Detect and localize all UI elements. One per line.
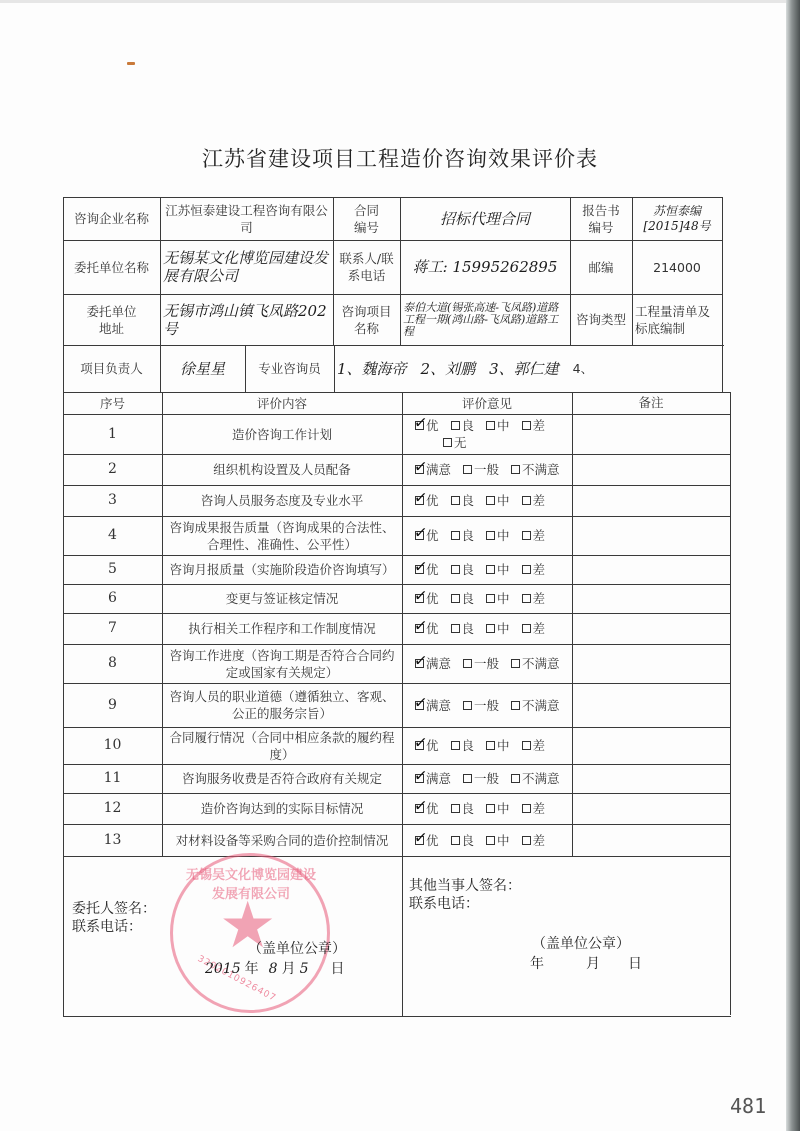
checkbox-icon xyxy=(511,465,520,474)
row-number: 10 xyxy=(63,727,162,764)
leader-label: 项目负责人 xyxy=(63,345,160,392)
row-remark xyxy=(572,613,730,644)
option-label: 一般 xyxy=(474,697,499,714)
row-opinion: 优✓良中差 xyxy=(402,613,572,644)
option-group: 优✓良中差 xyxy=(405,832,545,849)
postcode-value: 214000 xyxy=(632,240,722,294)
option-checkbox[interactable]: 差 xyxy=(522,561,546,578)
client-date-day: 5 xyxy=(300,960,309,978)
client-address-label: 委托单位地址 xyxy=(63,294,160,345)
option-checkbox[interactable]: 优✓ xyxy=(415,800,439,817)
option-label: 优 xyxy=(426,561,439,578)
other-sign-label: 其他当事人签名： xyxy=(409,877,521,895)
client-date: 2015 年 8 月 5 日 xyxy=(205,960,344,978)
checkbox-icon xyxy=(522,836,531,845)
checkbox-icon xyxy=(522,496,531,505)
row-content: 造价咨询工作计划 xyxy=(162,414,402,454)
row-content: 造价咨询达到的实际目标情况 xyxy=(162,793,402,824)
option-checkbox[interactable]: 中 xyxy=(486,590,510,607)
option-checkbox[interactable]: 满意✓ xyxy=(415,655,451,672)
option-label: 优 xyxy=(426,417,439,434)
row-remark xyxy=(572,485,730,516)
option-label: 不满意 xyxy=(522,461,560,478)
report-no-value: 苏恒泰编[2015]48号 xyxy=(632,197,722,240)
table-bottom-border xyxy=(63,1016,731,1017)
option-label: 满意 xyxy=(426,461,451,478)
option-label: 中 xyxy=(497,561,510,578)
option-checkbox[interactable]: 不满意 xyxy=(511,655,560,672)
header-content: 评价内容 xyxy=(162,392,402,414)
option-label: 不满意 xyxy=(522,655,560,672)
row-number: 9 xyxy=(63,683,162,727)
option-checkbox[interactable]: 优✓ xyxy=(415,561,439,578)
option-label: 中 xyxy=(497,800,510,817)
project-value: 泰伯大道(锡张高速-飞凤路)道路工程一期(鸿山路-飞凤路)道路工程 xyxy=(400,294,570,345)
row-content: 咨询服务收费是否符合政府有关规定 xyxy=(162,764,402,793)
consult-type-value: 工程量清单及标底编制 xyxy=(632,294,722,345)
option-label: 中 xyxy=(497,832,510,849)
option-checkbox[interactable]: 良 xyxy=(451,800,475,817)
row-remark xyxy=(572,727,730,764)
header-opinion: 评价意见 xyxy=(402,392,572,414)
row-content: 咨询人员的职业道德（遵循独立、客观、公正的服务宗旨） xyxy=(162,683,402,727)
option-checkbox[interactable]: 中 xyxy=(486,561,510,578)
option-checkbox[interactable]: 差 xyxy=(522,492,546,509)
contract-no-label: 合同编号 xyxy=(333,197,400,240)
checkbox-icon xyxy=(451,836,460,845)
option-checkbox[interactable]: 中 xyxy=(486,527,510,544)
row-remark xyxy=(572,584,730,613)
checkbox-icon xyxy=(451,624,460,633)
row-number: 5 xyxy=(63,555,162,584)
row-divider xyxy=(63,856,731,857)
row-opinion: 优✓良中差 xyxy=(402,485,572,516)
checkbox-icon xyxy=(486,531,495,540)
postcode-label: 邮编 xyxy=(570,240,632,294)
project-label: 咨询项目名称 xyxy=(333,294,400,345)
option-label: 满意 xyxy=(426,697,451,714)
row-opinion: 优✓良中差 xyxy=(402,727,572,764)
option-group: 满意✓一般不满意 xyxy=(405,697,560,714)
option-checkbox[interactable]: 良 xyxy=(451,492,475,509)
option-group: 优✓良中差 xyxy=(405,492,545,509)
option-checkbox[interactable]: 差 xyxy=(522,527,546,544)
option-label: 满意 xyxy=(426,770,451,787)
option-label: 中 xyxy=(497,590,510,607)
checkmark-icon: ✓ xyxy=(413,617,428,634)
consultants-list: 1、魏海帝 2、刘鹏 3、郭仁建 4、 xyxy=(334,345,724,392)
option-group: 满意✓一般不满意 xyxy=(405,770,560,787)
option-group: 优✓良中差 xyxy=(405,561,545,578)
row-remark xyxy=(572,683,730,727)
row-number: 7 xyxy=(63,613,162,644)
row-number: 4 xyxy=(63,516,162,555)
checkbox-icon xyxy=(486,624,495,633)
client-sign-label: 委托人签名： xyxy=(72,900,156,918)
checkbox-icon xyxy=(522,565,531,574)
checkmark-icon: ✓ xyxy=(413,734,428,751)
checkbox-icon xyxy=(522,421,531,430)
row-content: 变更与签证核定情况 xyxy=(162,584,402,613)
option-checkbox[interactable]: 良 xyxy=(451,832,475,849)
checkbox-icon xyxy=(451,531,460,540)
checkmark-icon: ✓ xyxy=(413,829,428,846)
checkbox-icon xyxy=(511,659,520,668)
client-label: 委托单位名称 xyxy=(63,240,160,294)
option-label: 无 xyxy=(454,434,467,451)
option-checkbox[interactable]: 无 xyxy=(443,434,467,451)
option-label: 优 xyxy=(426,527,439,544)
option-label: 差 xyxy=(533,492,546,509)
option-checkbox[interactable]: 差 xyxy=(522,590,546,607)
option-label: 中 xyxy=(497,492,510,509)
other-seal-label: （盖单位公章） xyxy=(532,935,630,953)
row-remark xyxy=(572,454,730,485)
checkbox-icon xyxy=(486,421,495,430)
checkbox-icon xyxy=(451,594,460,603)
row-number: 12 xyxy=(63,793,162,824)
option-checkbox[interactable]: 良 xyxy=(451,527,475,544)
option-checkbox[interactable]: 优✓ xyxy=(415,737,439,754)
contact-value: 蒋工: 15995262895 xyxy=(400,240,570,294)
option-label: 优 xyxy=(426,737,439,754)
consultants-label: 专业咨询员 xyxy=(245,345,334,392)
row-opinion: 优✓良中差 xyxy=(402,584,572,613)
option-checkbox[interactable]: 优✓ xyxy=(415,590,439,607)
consultant-4: 4、 xyxy=(573,360,593,377)
row-content: 合同履行情况（合同中相应条款的履约程度） xyxy=(162,727,402,764)
option-checkbox[interactable]: 一般 xyxy=(463,770,499,787)
option-checkbox[interactable]: 不满意 xyxy=(511,461,560,478)
option-group: 满意✓一般不满意 xyxy=(405,655,560,672)
option-checkbox[interactable]: 良 xyxy=(451,590,475,607)
company-seal: 无锡吴文化博览园建设发展有限公司 ★ 3202010926407 xyxy=(170,853,330,1013)
row-content: 执行相关工作程序和工作制度情况 xyxy=(162,613,402,644)
consult-type-label: 咨询类型 xyxy=(570,294,632,345)
row-number: 2 xyxy=(63,454,162,485)
checkbox-icon xyxy=(522,804,531,813)
checkbox-icon xyxy=(522,741,531,750)
contract-no-value: 招标代理合同 xyxy=(400,197,570,240)
option-checkbox[interactable]: 中 xyxy=(486,620,510,637)
option-checkbox[interactable]: 差 xyxy=(522,620,546,637)
option-label: 优 xyxy=(426,800,439,817)
option-checkbox[interactable]: 优✓ xyxy=(415,417,439,434)
option-label: 良 xyxy=(462,417,475,434)
option-label: 良 xyxy=(462,800,475,817)
checkbox-icon xyxy=(522,594,531,603)
signature-divider xyxy=(402,856,403,1016)
option-label: 差 xyxy=(533,832,546,849)
other-phone-label: 联系电话： xyxy=(409,895,479,913)
row-content: 组织机构设置及人员配备 xyxy=(162,454,402,485)
option-label: 不满意 xyxy=(522,697,560,714)
checkbox-icon xyxy=(486,594,495,603)
checkmark-icon: ✓ xyxy=(413,652,428,669)
option-checkbox[interactable]: 中 xyxy=(486,832,510,849)
row-opinion: 优✓良中差无 xyxy=(402,414,572,454)
checkmark-icon: ✓ xyxy=(413,524,428,541)
option-label: 差 xyxy=(533,737,546,754)
checkbox-icon xyxy=(451,496,460,505)
other-date: 年 月 日 xyxy=(530,955,642,973)
client-address-value: 无锡市鸿山镇飞凤路202号 xyxy=(160,294,333,345)
consultant-2: 2、刘鹏 xyxy=(421,360,476,378)
row-content: 对材料设备等采购合同的造价控制情况 xyxy=(162,824,402,856)
option-checkbox[interactable]: 差 xyxy=(522,800,546,817)
option-label: 中 xyxy=(497,737,510,754)
row-opinion: 满意✓一般不满意 xyxy=(402,764,572,793)
row-number: 8 xyxy=(63,644,162,683)
option-checkbox[interactable]: 良 xyxy=(451,737,475,754)
row-remark xyxy=(572,414,730,454)
client-date-year: 2015 xyxy=(205,960,241,978)
option-checkbox[interactable]: 中 xyxy=(486,737,510,754)
option-label: 差 xyxy=(533,527,546,544)
client-seal-label: （盖单位公章） xyxy=(248,940,346,958)
option-checkbox[interactable]: 优✓ xyxy=(415,527,439,544)
option-label: 优 xyxy=(426,492,439,509)
checkbox-icon xyxy=(451,421,460,430)
checkbox-icon xyxy=(486,565,495,574)
option-label: 良 xyxy=(462,590,475,607)
row-opinion: 优✓良中差 xyxy=(402,793,572,824)
row-content: 咨询工作进度（咨询工期是否符合合同约定或国家有关规定） xyxy=(162,644,402,683)
row-remark xyxy=(572,764,730,793)
checkmark-icon: ✓ xyxy=(413,458,428,475)
client-date-month-suffix: 月 xyxy=(282,960,296,978)
option-label: 中 xyxy=(497,417,510,434)
checkbox-icon xyxy=(451,804,460,813)
consultant-3: 3、郭仁建 xyxy=(489,360,559,378)
option-checkbox[interactable]: 优✓ xyxy=(415,492,439,509)
row-remark xyxy=(572,555,730,584)
option-group: 优✓良中差 xyxy=(405,527,545,544)
checkbox-icon xyxy=(486,804,495,813)
option-label: 良 xyxy=(462,737,475,754)
option-label: 一般 xyxy=(474,461,499,478)
row-number: 3 xyxy=(63,485,162,516)
checkmark-icon: ✓ xyxy=(413,489,428,506)
row-number: 1 xyxy=(63,414,162,454)
option-checkbox[interactable]: 满意✓ xyxy=(415,461,451,478)
option-label: 不满意 xyxy=(522,770,560,787)
page-title: 江苏省建设项目工程造价咨询效果评价表 xyxy=(0,143,800,173)
row-remark xyxy=(572,516,730,555)
option-group: 优✓良中差 xyxy=(405,800,545,817)
checkbox-icon xyxy=(463,465,472,474)
checkbox-icon xyxy=(463,774,472,783)
header-no: 序号 xyxy=(63,392,162,414)
checkbox-icon xyxy=(463,701,472,710)
option-label: 良 xyxy=(462,492,475,509)
checkbox-icon xyxy=(522,624,531,633)
option-checkbox[interactable]: 差 xyxy=(522,737,546,754)
client-phone-label: 联系电话： xyxy=(72,918,142,936)
header-remark: 备注 xyxy=(572,392,730,414)
checkbox-icon xyxy=(486,496,495,505)
checkbox-icon xyxy=(443,438,452,447)
option-label: 满意 xyxy=(426,655,451,672)
row-opinion: 满意✓一般不满意 xyxy=(402,644,572,683)
checkmark-icon: ✓ xyxy=(413,558,428,575)
firm-value: 江苏恒泰建设工程咨询有限公司 xyxy=(160,197,333,240)
scan-speck xyxy=(127,62,135,65)
option-checkbox[interactable]: 不满意 xyxy=(511,697,560,714)
option-group: 优✓良中差无 xyxy=(405,417,569,451)
client-date-day-suffix: 日 xyxy=(330,960,344,978)
checkbox-icon xyxy=(486,836,495,845)
checkbox-icon xyxy=(511,701,520,710)
option-group: 优✓良中差 xyxy=(405,590,545,607)
option-checkbox[interactable]: 差 xyxy=(522,417,546,434)
checkmark-icon: ✓ xyxy=(413,414,428,431)
checkbox-icon xyxy=(486,741,495,750)
client-date-year-suffix: 年 xyxy=(245,960,259,978)
option-label: 良 xyxy=(462,832,475,849)
option-label: 中 xyxy=(497,620,510,637)
row-opinion: 满意✓一般不满意 xyxy=(402,683,572,727)
scan-top-edge xyxy=(0,0,786,3)
option-checkbox[interactable]: 满意✓ xyxy=(415,770,451,787)
row-number: 6 xyxy=(63,584,162,613)
checkbox-icon xyxy=(511,774,520,783)
row-opinion: 优✓良中差 xyxy=(402,555,572,584)
checkbox-icon xyxy=(451,741,460,750)
page-number: 481 xyxy=(730,1094,766,1118)
option-label: 良 xyxy=(462,620,475,637)
row-remark xyxy=(572,793,730,824)
option-checkbox[interactable]: 一般 xyxy=(463,461,499,478)
checkbox-icon xyxy=(522,531,531,540)
contact-label: 联系人/联系电话 xyxy=(333,240,400,294)
option-label: 差 xyxy=(533,417,546,434)
option-checkbox[interactable]: 一般 xyxy=(463,697,499,714)
option-label: 差 xyxy=(533,800,546,817)
option-checkbox[interactable]: 优✓ xyxy=(415,620,439,637)
row-content: 咨询成果报告质量（咨询成果的合法性、合理性、准确性、公平性） xyxy=(162,516,402,555)
option-checkbox[interactable]: 中 xyxy=(486,800,510,817)
option-label: 中 xyxy=(497,527,510,544)
checkbox-icon xyxy=(463,659,472,668)
option-label: 良 xyxy=(462,561,475,578)
consultant-1: 1、魏海帝 xyxy=(337,360,407,378)
table-right-border xyxy=(730,392,731,1015)
option-checkbox[interactable]: 中 xyxy=(486,492,510,509)
row-number: 11 xyxy=(63,764,162,793)
option-checkbox[interactable]: 不满意 xyxy=(511,770,560,787)
checkmark-icon: ✓ xyxy=(413,694,428,711)
option-label: 优 xyxy=(426,590,439,607)
report-no-label: 报告书编号 xyxy=(570,197,632,240)
row-remark xyxy=(572,644,730,683)
option-checkbox[interactable]: 满意✓ xyxy=(415,697,451,714)
row-content: 咨询人员服务态度及专业水平 xyxy=(162,485,402,516)
option-group: 优✓良中差 xyxy=(405,620,545,637)
option-checkbox[interactable]: 中 xyxy=(486,417,510,434)
option-label: 差 xyxy=(533,590,546,607)
option-checkbox[interactable]: 良 xyxy=(451,417,475,434)
row-content: 咨询月报质量（实施阶段造价咨询填写） xyxy=(162,555,402,584)
option-checkbox[interactable]: 优✓ xyxy=(415,832,439,849)
row-remark xyxy=(572,824,730,856)
option-label: 优 xyxy=(426,620,439,637)
option-checkbox[interactable]: 一般 xyxy=(463,655,499,672)
checkmark-icon: ✓ xyxy=(413,797,428,814)
option-label: 良 xyxy=(462,527,475,544)
option-label: 一般 xyxy=(474,770,499,787)
option-group: 满意✓一般不满意 xyxy=(405,461,560,478)
leader-value: 徐星星 xyxy=(160,345,245,392)
option-label: 差 xyxy=(533,561,546,578)
option-checkbox[interactable]: 差 xyxy=(522,832,546,849)
row-opinion: 优✓良中差 xyxy=(402,516,572,555)
option-label: 优 xyxy=(426,832,439,849)
checkmark-icon: ✓ xyxy=(413,587,428,604)
checkmark-icon: ✓ xyxy=(413,767,428,784)
client-date-month: 8 xyxy=(269,960,278,978)
firm-label: 咨询企业名称 xyxy=(63,197,160,240)
row-number: 13 xyxy=(63,824,162,856)
option-checkbox[interactable]: 良 xyxy=(451,620,475,637)
row-opinion: 满意✓一般不满意 xyxy=(402,454,572,485)
client-value: 无锡某文化博览园建设发展有限公司 xyxy=(160,240,333,294)
option-label: 差 xyxy=(533,620,546,637)
option-label: 一般 xyxy=(474,655,499,672)
checkbox-icon xyxy=(451,565,460,574)
row-opinion: 优✓良中差 xyxy=(402,824,572,856)
option-checkbox[interactable]: 良 xyxy=(451,561,475,578)
option-group: 优✓良中差 xyxy=(405,737,545,754)
